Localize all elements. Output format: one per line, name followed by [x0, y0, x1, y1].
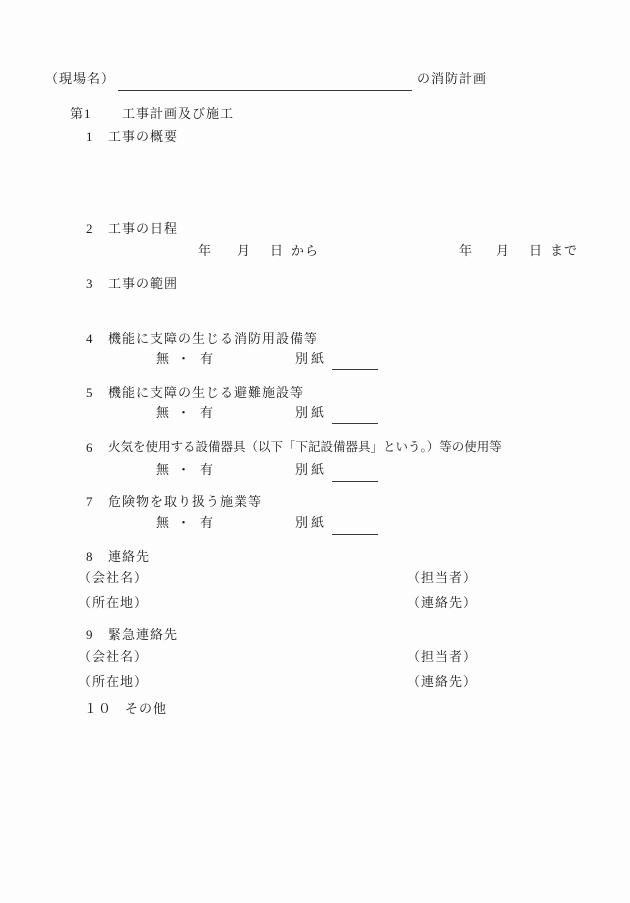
section6-option-separator: ・ — [177, 462, 191, 478]
section5-option-separator: ・ — [177, 405, 191, 421]
section7-number: 7 — [86, 494, 94, 510]
section5-option-none: 無 — [156, 405, 170, 421]
section6-option-yes: 有 — [200, 462, 214, 478]
section9-address-label: （所在地） — [78, 674, 148, 690]
section8-person-label: （担当者） — [407, 570, 477, 586]
date-until-day-label: 日 — [529, 243, 543, 259]
section1-title: 工事の概要 — [108, 129, 178, 145]
section7-option-none: 無 — [156, 515, 170, 531]
section4-title: 機能に支障の生じる消防用設備等 — [108, 331, 318, 347]
section6-number: 6 — [86, 440, 94, 456]
section2-title: 工事の日程 — [108, 221, 178, 237]
section4-attachment-field-line[interactable] — [332, 369, 378, 370]
date-from-month-label: 月 — [237, 243, 251, 259]
section9-company-label: （会社名） — [78, 649, 148, 665]
section8-company-label: （会社名） — [78, 570, 148, 586]
section10-number: １０ — [84, 701, 112, 717]
section9-contact-label: （連絡先） — [407, 674, 477, 690]
section3-number: 3 — [86, 276, 94, 292]
date-from-day-label: 日 — [270, 243, 284, 259]
section8-title: 連絡先 — [108, 549, 150, 565]
section7-attachment-field-line[interactable] — [332, 534, 378, 535]
section9-title: 緊急連絡先 — [108, 627, 178, 643]
section5-number: 5 — [86, 385, 94, 401]
section7-attachment-label: 別紙 — [295, 515, 327, 531]
section4-option-yes: 有 — [200, 351, 214, 367]
section6-option-none: 無 — [156, 462, 170, 478]
section4-option-separator: ・ — [177, 351, 191, 367]
section1-number: 1 — [86, 129, 94, 145]
date-until-suffix: まで — [550, 243, 578, 259]
section4-attachment-label: 別紙 — [295, 351, 327, 367]
section9-number: 9 — [86, 627, 94, 643]
fire-prevention-plan-document: （現場名） の消防計画 第1 工事計画及び施工 1 工事の概要 2 工事の日程 … — [0, 0, 630, 903]
date-from-year-label: 年 — [198, 243, 212, 259]
section5-title: 機能に支障の生じる避難施設等 — [108, 385, 304, 401]
site-name-field-line[interactable] — [118, 90, 412, 91]
date-from-suffix: から — [291, 243, 319, 259]
section7-option-yes: 有 — [200, 515, 214, 531]
section3-title: 工事の範囲 — [108, 276, 178, 292]
date-until-year-label: 年 — [459, 243, 473, 259]
section6-title: 火気を使用する設備器具（以下「下記設備器具」という。）等の使用等 — [108, 440, 502, 455]
section7-option-separator: ・ — [177, 515, 191, 531]
section10-title: その他 — [125, 701, 167, 717]
section6-attachment-label: 別紙 — [295, 462, 327, 478]
section2-number: 2 — [86, 221, 94, 237]
section7-title: 危険物を取り扱う施業等 — [108, 494, 262, 510]
part1-title: 工事計画及び施工 — [122, 106, 234, 122]
document-title: の消防計画 — [417, 71, 487, 87]
section5-attachment-label: 別紙 — [295, 405, 327, 421]
section4-option-none: 無 — [156, 351, 170, 367]
section5-option-yes: 有 — [200, 405, 214, 421]
section8-number: 8 — [86, 549, 94, 565]
section5-attachment-field-line[interactable] — [332, 423, 378, 424]
section8-contact-label: （連絡先） — [407, 595, 477, 611]
section9-person-label: （担当者） — [407, 649, 477, 665]
part1-number: 第1 — [70, 106, 92, 122]
section6-attachment-field-line[interactable] — [332, 481, 378, 482]
site-name-label: （現場名） — [45, 71, 115, 87]
section8-address-label: （所在地） — [78, 595, 148, 611]
section4-number: 4 — [86, 331, 94, 347]
date-until-month-label: 月 — [496, 243, 510, 259]
